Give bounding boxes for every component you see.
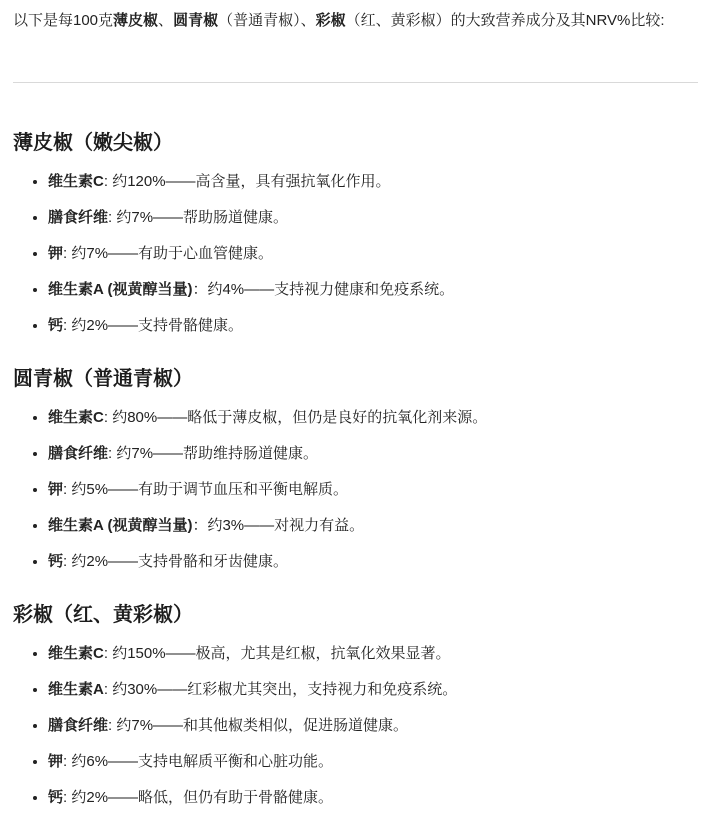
intro-bold-term: 彩椒 xyxy=(316,12,346,29)
item-label: 膳食纤维 xyxy=(48,445,108,462)
item-text: 约80%——略低于薄皮椒，但仍是良好的抗氧化剂来源。 xyxy=(112,409,487,426)
item-text: 约2%——支持骨骼健康。 xyxy=(71,317,243,334)
list-item: 钙: 约2%——支持骨骼和牙齿健康。 xyxy=(48,549,698,575)
section: 圆青椒（普通青椒） 维生素C: 约80%——略低于薄皮椒，但仍是良好的抗氧化剂来… xyxy=(13,365,698,575)
item-text: 约7%——有助于心血管健康。 xyxy=(71,245,273,262)
list-item: 维生素C: 约80%——略低于薄皮椒，但仍是良好的抗氧化剂来源。 xyxy=(48,405,698,431)
item-label: 维生素A (视黄醇当量) xyxy=(48,517,192,534)
section: 薄皮椒（嫩尖椒） 维生素C: 约120%——高含量，具有强抗氧化作用。 膳食纤维… xyxy=(13,129,698,339)
item-text: 约6%——支持电解质平衡和心脏功能。 xyxy=(71,753,333,770)
bullet-list: 维生素C: 约150%——极高，尤其是红椒，抗氧化效果显著。 维生素A: 约30… xyxy=(13,641,698,811)
intro-text: （红、黄彩椒）的大致营养成分及其NRV%比较: xyxy=(346,12,665,29)
item-separator: : xyxy=(104,409,112,426)
list-item: 钾: 约5%——有助于调节血压和平衡电解质。 xyxy=(48,477,698,503)
bullet-list: 维生素C: 约120%——高含量，具有强抗氧化作用。 膳食纤维: 约7%——帮助… xyxy=(13,169,698,339)
list-item: 钙: 约2%——略低，但仍有助于骨骼健康。 xyxy=(48,785,698,811)
list-item: 钾: 约6%——支持电解质平衡和心脏功能。 xyxy=(48,749,698,775)
list-item: 维生素A (视黄醇当量)：约4%——支持视力健康和免疫系统。 xyxy=(48,277,698,303)
item-label: 钾 xyxy=(48,245,63,262)
section-heading: 圆青椒（普通青椒） xyxy=(13,365,698,393)
item-label: 维生素A xyxy=(48,681,104,698)
intro-bold-term: 薄皮椒 xyxy=(113,12,158,29)
section: 彩椒（红、黄彩椒） 维生素C: 约150%——极高，尤其是红椒，抗氧化效果显著。… xyxy=(13,601,698,811)
item-label: 膳食纤维 xyxy=(48,717,108,734)
item-text: 约4%——支持视力健康和免疫系统。 xyxy=(207,281,454,298)
list-item: 钾: 约7%——有助于心血管健康。 xyxy=(48,241,698,267)
item-separator: : xyxy=(104,681,112,698)
item-label: 维生素C xyxy=(48,645,104,662)
item-text: 约7%——帮助维持肠道健康。 xyxy=(116,445,318,462)
item-label: 钾 xyxy=(48,753,63,770)
item-separator: : xyxy=(104,645,112,662)
item-label: 维生素A (视黄醇当量) xyxy=(48,281,192,298)
item-text: 约3%——对视力有益。 xyxy=(207,517,364,534)
item-label: 钾 xyxy=(48,481,63,498)
item-text: 约2%——支持骨骼和牙齿健康。 xyxy=(71,553,288,570)
item-label: 钙 xyxy=(48,317,63,334)
intro-text: 、 xyxy=(158,12,173,29)
item-text: 约2%——略低，但仍有助于骨骼健康。 xyxy=(71,789,333,806)
item-label: 钙 xyxy=(48,789,63,806)
section-heading: 彩椒（红、黄彩椒） xyxy=(13,601,698,629)
item-text: 约150%——极高，尤其是红椒，抗氧化效果显著。 xyxy=(112,645,450,662)
list-item: 膳食纤维: 约7%——和其他椒类相似，促进肠道健康。 xyxy=(48,713,698,739)
list-item: 钙: 约2%——支持骨骼健康。 xyxy=(48,313,698,339)
item-text: 约120%——高含量，具有强抗氧化作用。 xyxy=(112,173,390,190)
item-text: 约30%——红彩椒尤其突出，支持视力和免疫系统。 xyxy=(112,681,457,698)
item-separator: ： xyxy=(192,281,207,298)
item-text: 约5%——有助于调节血压和平衡电解质。 xyxy=(71,481,348,498)
section-divider xyxy=(13,82,698,83)
item-label: 膳食纤维 xyxy=(48,209,108,226)
sections: 薄皮椒（嫩尖椒） 维生素C: 约120%——高含量，具有强抗氧化作用。 膳食纤维… xyxy=(13,129,698,811)
item-label: 维生素C xyxy=(48,409,104,426)
list-item: 维生素C: 约150%——极高，尤其是红椒，抗氧化效果显著。 xyxy=(48,641,698,667)
item-label: 钙 xyxy=(48,553,63,570)
item-separator: : xyxy=(104,173,112,190)
list-item: 膳食纤维: 约7%——帮助维持肠道健康。 xyxy=(48,441,698,467)
list-item: 维生素A (视黄醇当量)：约3%——对视力有益。 xyxy=(48,513,698,539)
list-item: 维生素C: 约120%——高含量，具有强抗氧化作用。 xyxy=(48,169,698,195)
intro-text: （普通青椒）、 xyxy=(218,12,316,29)
bullet-list: 维生素C: 约80%——略低于薄皮椒，但仍是良好的抗氧化剂来源。 膳食纤维: 约… xyxy=(13,405,698,575)
list-item: 维生素A: 约30%——红彩椒尤其突出，支持视力和免疫系统。 xyxy=(48,677,698,703)
item-separator: ： xyxy=(192,517,207,534)
section-heading: 薄皮椒（嫩尖椒） xyxy=(13,129,698,157)
intro-text: 以下是每100克 xyxy=(13,12,113,29)
intro-bold-term: 圆青椒 xyxy=(173,12,218,29)
item-text: 约7%——帮助肠道健康。 xyxy=(116,209,288,226)
list-item: 膳食纤维: 约7%——帮助肠道健康。 xyxy=(48,205,698,231)
item-text: 约7%——和其他椒类相似，促进肠道健康。 xyxy=(116,717,408,734)
item-label: 维生素C xyxy=(48,173,104,190)
intro-paragraph: 以下是每100克薄皮椒、圆青椒（普通青椒）、彩椒（红、黄彩椒）的大致营养成分及其… xyxy=(13,8,698,34)
